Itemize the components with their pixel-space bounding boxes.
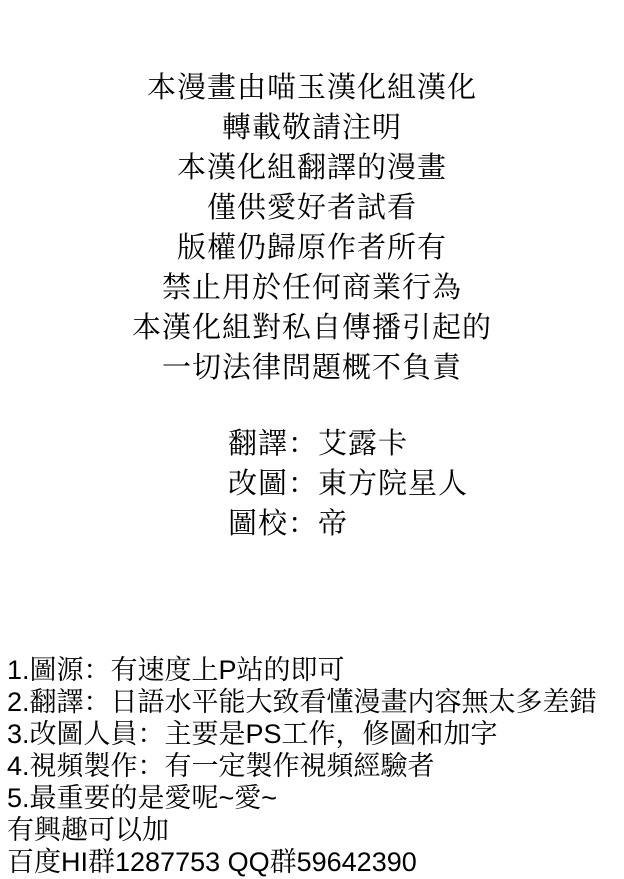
credit-line-proofreader: 圖校：帝 bbox=[228, 504, 468, 544]
recruitment-line: 4.視頻製作：有一定製作視頻經驗者 bbox=[7, 750, 597, 782]
recruitment-block: 1.圖源：有速度上P站的即可 2.翻譯：日語水平能大致看懂漫畫内容無太多差錯 3… bbox=[7, 654, 597, 878]
disclaimer-line: 版權仍歸原作者所有 bbox=[0, 228, 624, 268]
scanlation-credits-page: 本漫畫由喵玉漢化組漢化 轉載敬請注明 本漢化組翻譯的漫畫 僅供愛好者試看 版權仍… bbox=[0, 0, 624, 879]
recruitment-line: 3.改圖人員：主要是PS工作，修圖和加字 bbox=[7, 718, 597, 750]
disclaimer-line: 一切法律問題概不負責 bbox=[0, 348, 624, 388]
disclaimer-line: 轉載敬請注明 bbox=[0, 108, 624, 148]
disclaimer-line: 本漢化組翻譯的漫畫 bbox=[0, 148, 624, 188]
recruitment-line: 5.最重要的是愛呢~愛~ bbox=[7, 782, 597, 814]
disclaimer-block: 本漫畫由喵玉漢化組漢化 轉載敬請注明 本漢化組翻譯的漫畫 僅供愛好者試看 版權仍… bbox=[0, 68, 624, 388]
recruitment-line: 1.圖源：有速度上P站的即可 bbox=[7, 654, 597, 686]
disclaimer-line: 本漫畫由喵玉漢化組漢化 bbox=[0, 68, 624, 108]
disclaimer-line: 本漢化組對私自傳播引起的 bbox=[0, 308, 624, 348]
credit-line-translator: 翻譯：艾露卡 bbox=[228, 424, 468, 464]
recruitment-line: 2.翻譯：日語水平能大致看懂漫畫内容無太多差錯 bbox=[7, 686, 597, 718]
credit-line-editor: 改圖：東方院星人 bbox=[228, 464, 468, 504]
disclaimer-line: 僅供愛好者試看 bbox=[0, 188, 624, 228]
recruitment-line: 有興趣可以加 bbox=[7, 814, 597, 846]
disclaimer-line: 禁止用於任何商業行為 bbox=[0, 268, 624, 308]
staff-credits-block: 翻譯：艾露卡 改圖：東方院星人 圖校：帝 bbox=[228, 424, 468, 544]
recruitment-line-contact: 百度HI群1287753 QQ群59642390 bbox=[7, 846, 597, 878]
